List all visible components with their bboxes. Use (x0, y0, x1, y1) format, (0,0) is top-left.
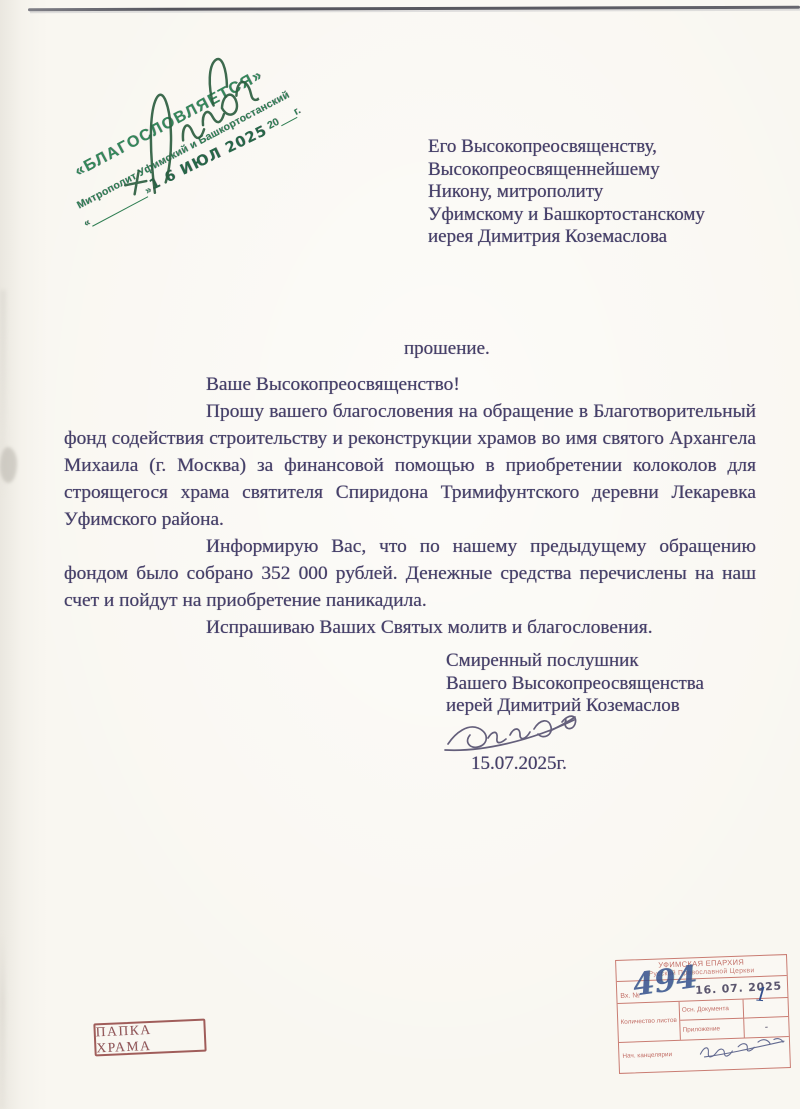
recipient-block: Его Высокопреосвященству, Высокопреосвящ… (428, 136, 705, 249)
recipient-line: иерея Димитрия Коземаслова (428, 226, 705, 249)
priest-signature-icon (442, 704, 582, 754)
recipient-line: Никону, митрополиту (428, 181, 705, 204)
main-doc-value-cell: 1 (744, 998, 789, 1019)
recipient-line: Высокопреосвященнейшему (428, 159, 705, 182)
scanned-letter-page: «БЛАГОСЛОВЛЯЕТСЯ» Митрополит Уфимский и … (0, 0, 800, 1109)
folder-stamp: ПАПКА ХРАМА (93, 1019, 206, 1057)
closing-line: Смиренный послушник (446, 650, 704, 673)
letter-title: прошение. (404, 338, 490, 360)
letter-date: 15.07.2025г. (471, 753, 567, 775)
registration-stamp: УФИМСКАЯ ЕПАРХИЯ Русской Православной Це… (615, 954, 791, 1074)
paragraph: Информирую Вас, что по нашему предыдущем… (64, 533, 756, 614)
letter-body: Ваше Высокопреосвященство! Прошу вашего … (64, 371, 756, 641)
chancery-chief-signature-icon (696, 1034, 789, 1061)
sheets-label: Количество листов (618, 1001, 681, 1041)
folder-stamp-label: ПАПКА ХРАМА (95, 1019, 204, 1056)
recipient-line: Уфимскому и Башкортостанскому (428, 204, 705, 227)
paragraph: Испрашиваю Ваших Святых молитв и благосл… (64, 614, 756, 641)
scan-streak-artifact (0, 930, 5, 1109)
closing-line: Вашего Высокопреосвященства (446, 673, 704, 696)
registration-date-stamp: 16. 07. 2025 (695, 979, 782, 997)
chancery-chief-label: Нач. канцелярии (622, 1051, 672, 1060)
main-doc-label: Осн. Документа (680, 999, 745, 1020)
approval-stamp: «БЛАГОСЛОВЛЯЕТСЯ» Митрополит Уфимский и … (54, 57, 338, 292)
recipient-line: Его Высокопреосвященству, (428, 136, 705, 159)
handwritten-sheet-count: 1 (755, 991, 768, 999)
scan-blob-artifact (0, 447, 17, 483)
paragraph: Прошу вашего благословения на обращение … (64, 398, 756, 533)
salutation: Ваше Высокопреосвященство! (64, 371, 756, 398)
